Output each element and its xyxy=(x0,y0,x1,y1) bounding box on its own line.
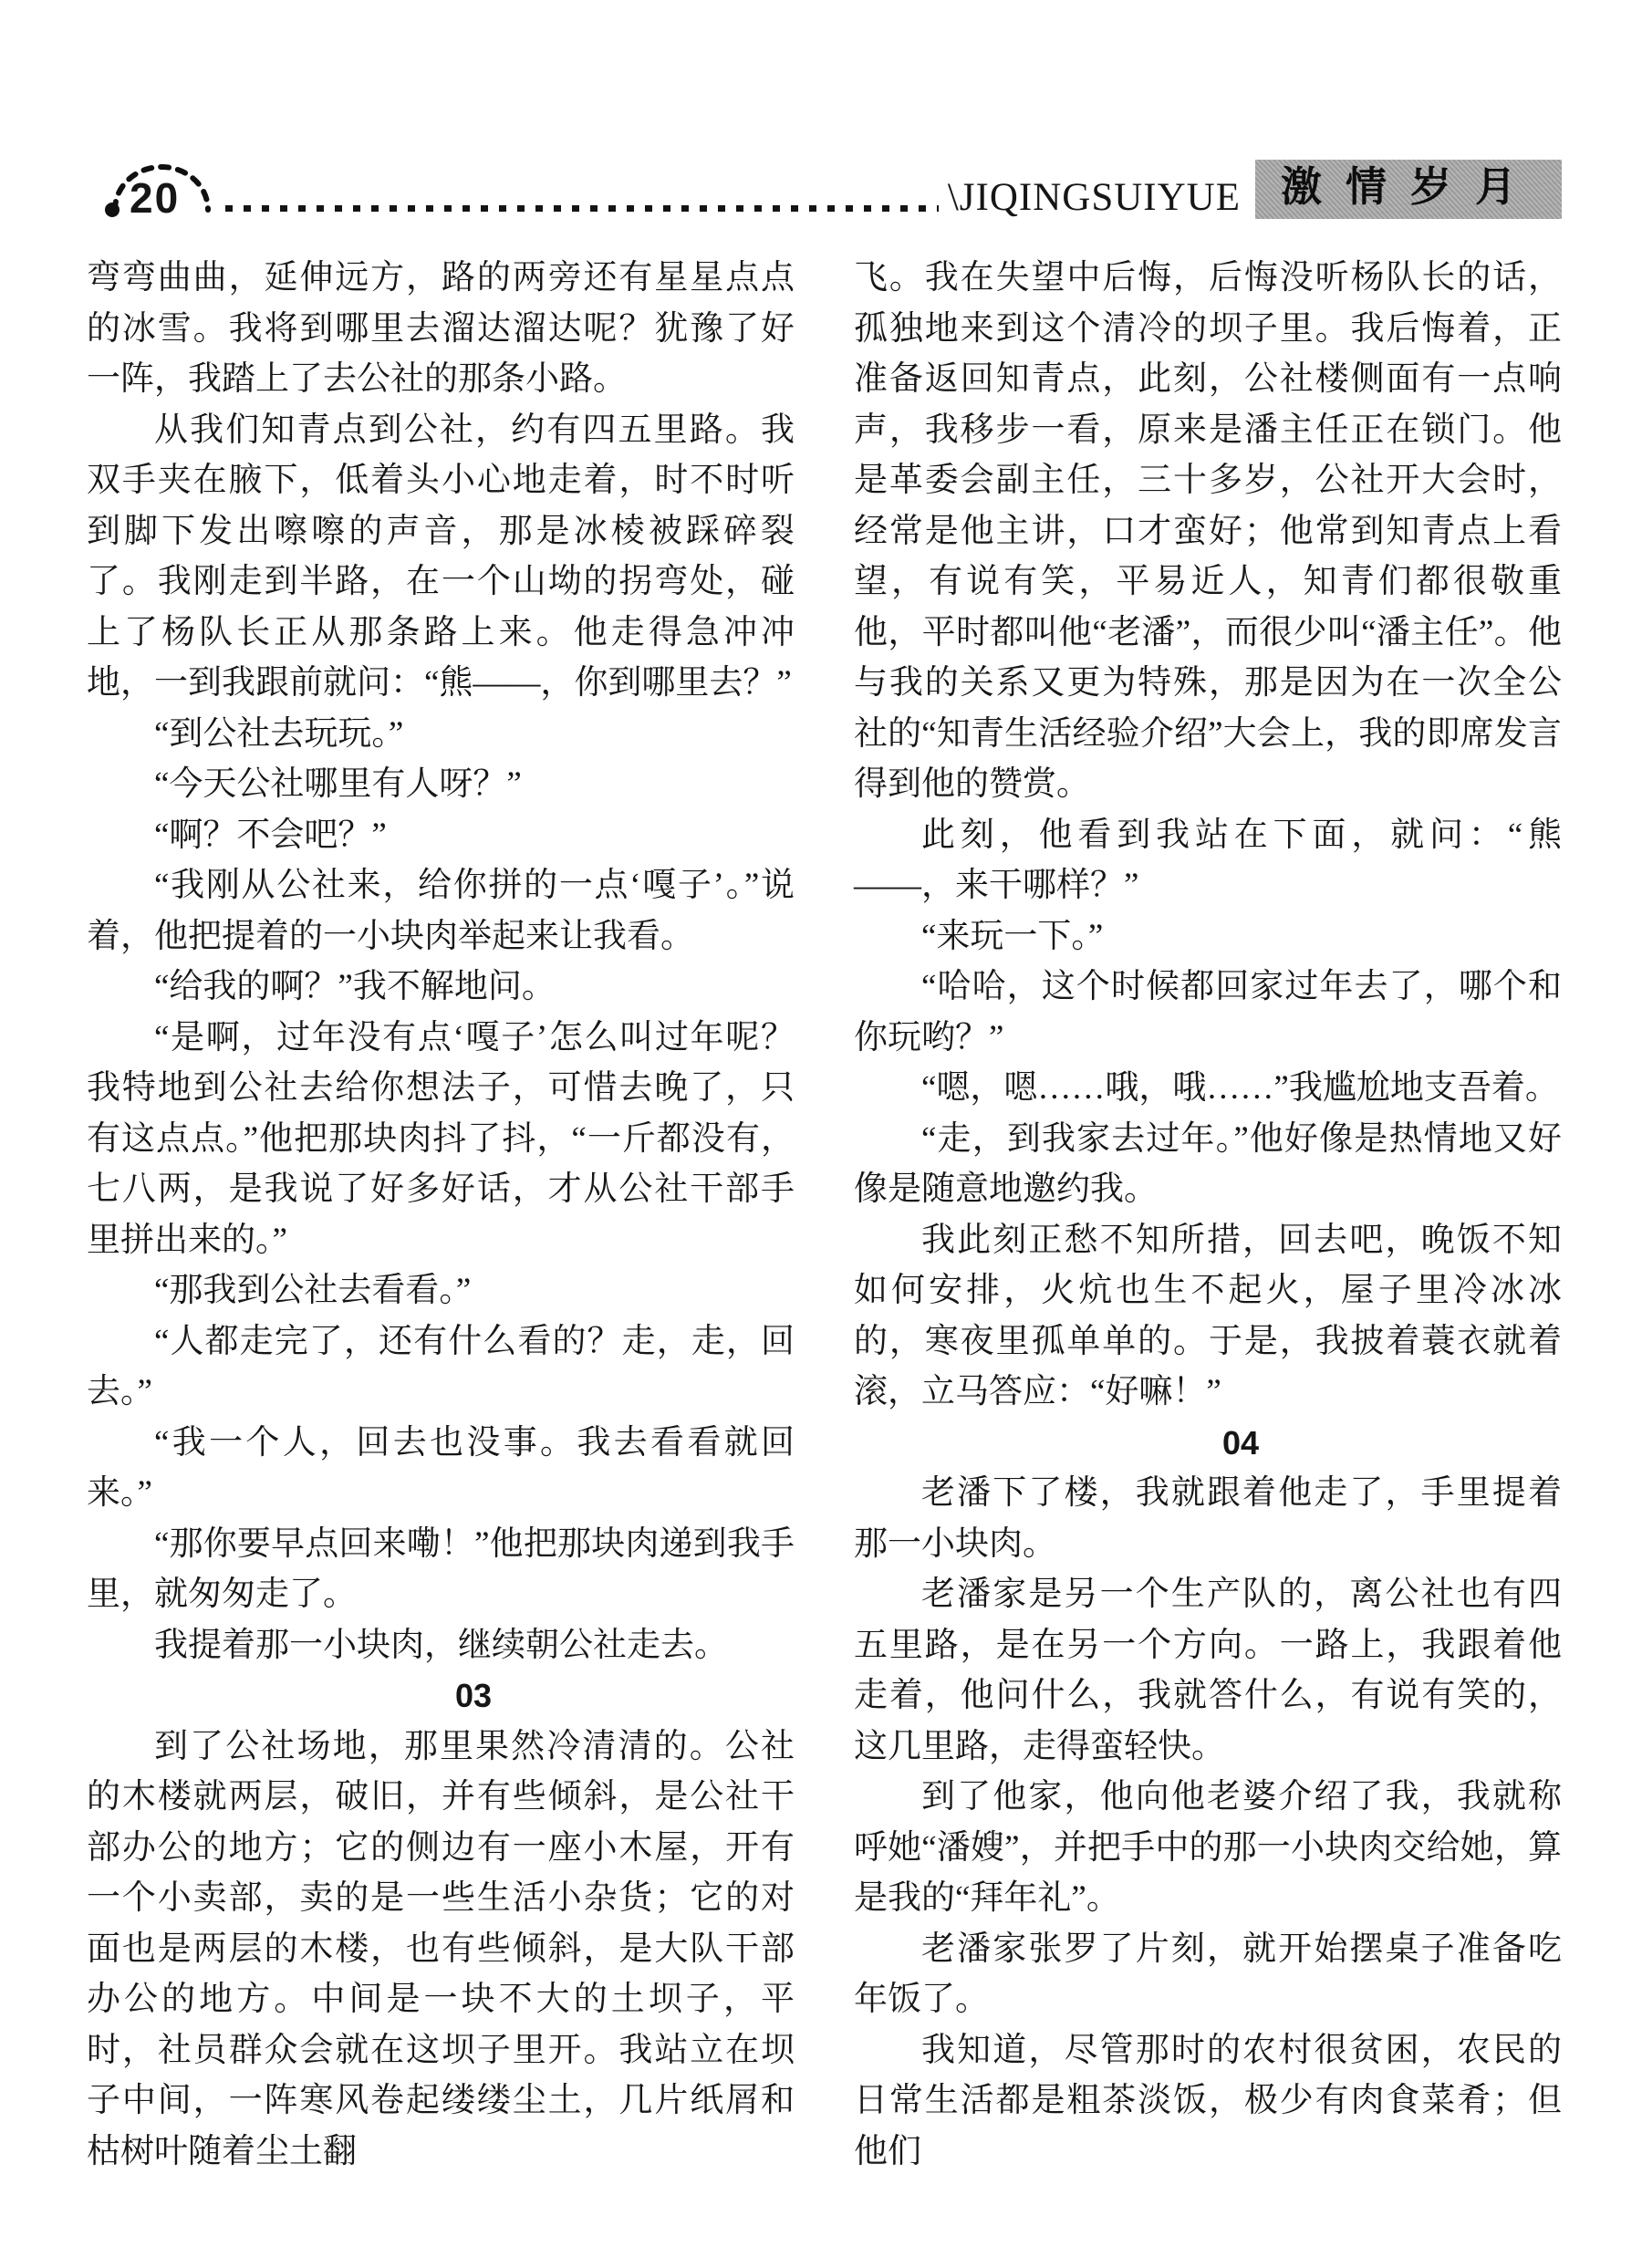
paragraph: “是啊，过年没有点‘嘎子’怎么叫过年呢？我特地到公社去给你想法子，可惜去晚了，只… xyxy=(87,1013,795,1266)
paragraph: 老潘家张罗了片刻，就开始摆桌子准备吃年饭了。 xyxy=(854,1924,1562,2025)
paragraph: “啊？不会吧？” xyxy=(87,810,795,861)
right-column: 飞。我在失望中后悔，后悔没听杨队长的话，孤独地来到这个清冷的坝子里。我后悔着，正… xyxy=(854,253,1562,2177)
paragraph: “人都走完了，还有什么看的？走，走，回去。” xyxy=(87,1316,795,1418)
paragraph: 老潘家是另一个生产队的，离公社也有四五里路，是在另一个方向。一路上，我跟着他走着… xyxy=(854,1569,1562,1772)
paragraph: “那我到公社去看看。” xyxy=(87,1265,795,1316)
paragraph: 我此刻正愁不知所措，回去吧，晚饭不知如何安排，火炕也生不起火，屋子里冷冰冰的，寒… xyxy=(854,1215,1562,1418)
paragraph: “那你要早点回来嘞！”他把那块肉递到我手里，就匆匆走了。 xyxy=(87,1519,795,1620)
paragraph: “我一个人，回去也没事。我去看看就回来。” xyxy=(87,1418,795,1519)
dotted-leader-line xyxy=(225,205,939,212)
paragraph: 到了公社场地，那里果然冷清清的。公社的木楼就两层，破旧，并有些倾斜，是公社干部办… xyxy=(87,1722,795,2178)
paragraph: “走，到我家去过年。”他好像是热情地又好像是随意地邀约我。 xyxy=(854,1114,1562,1215)
page-number-badge: 20 xyxy=(87,153,223,219)
magazine-title-badge: 激情岁月 xyxy=(1255,160,1562,219)
paragraph: 此刻，他看到我站在下面，就问：“熊——，来干哪样？” xyxy=(854,810,1562,911)
paragraph: 到了他家，他向他老婆介绍了我，我就称呼她“潘嫂”，并把手中的那一小块肉交给她，算… xyxy=(854,1772,1562,1924)
paragraph: “我刚从公社来，给你拼的一点‘嘎子’。”说着，他把提着的一小块肉举起来让我看。 xyxy=(87,860,795,962)
paragraph: “哈哈，这个时候都回家过年去了，哪个和你玩哟？” xyxy=(854,962,1562,1063)
section-number: 03 xyxy=(87,1670,795,1722)
article-body: 弯弯曲曲，延伸远方，路的两旁还有星星点点的冰雪。我将到哪里去溜达溜达呢？犹豫了好… xyxy=(87,253,1562,2177)
section-number: 04 xyxy=(854,1418,1562,1469)
paragraph: “嗯，嗯……哦，哦……”我尴尬地支吾着。 xyxy=(854,1063,1562,1114)
magazine-caption: \JIQINGSUIYUE xyxy=(948,178,1241,217)
paragraph: 飞。我在失望中后悔，后悔没听杨队长的话，孤独地来到这个清冷的坝子里。我后悔着，正… xyxy=(854,253,1562,810)
left-column: 弯弯曲曲，延伸远方，路的两旁还有星星点点的冰雪。我将到哪里去溜达溜达呢？犹豫了好… xyxy=(87,253,795,2177)
paragraph: “来玩一下。” xyxy=(854,911,1562,962)
paragraph: “到公社去玩玩。” xyxy=(87,709,795,760)
paragraph: 弯弯曲曲，延伸远方，路的两旁还有星星点点的冰雪。我将到哪里去溜达溜达呢？犹豫了好… xyxy=(87,253,795,405)
page-number: 20 xyxy=(130,177,180,219)
magazine-page: 20 \JIQINGSUIYUE 激情岁月 弯弯曲曲，延伸远方，路的两旁还有星星… xyxy=(0,0,1642,2268)
paragraph: 我提着那一小块肉，继续朝公社走去。 xyxy=(87,1620,795,1671)
paragraph: 老潘下了楼，我就跟着他走了，手里提着那一小块肉。 xyxy=(854,1468,1562,1569)
page-header: 20 \JIQINGSUIYUE 激情岁月 xyxy=(87,153,1562,219)
paragraph: 我知道，尽管那时的农村很贫困，农民的日常生活都是粗茶淡饭，极少有肉食菜肴；但他们 xyxy=(854,2025,1562,2178)
paragraph: “给我的啊？”我不解地问。 xyxy=(87,962,795,1013)
paragraph: 从我们知青点到公社，约有四五里路。我双手夹在腋下，低着头小心地走着，时不时听到脚… xyxy=(87,405,795,709)
paragraph: “今天公社哪里有人呀？” xyxy=(87,759,795,810)
